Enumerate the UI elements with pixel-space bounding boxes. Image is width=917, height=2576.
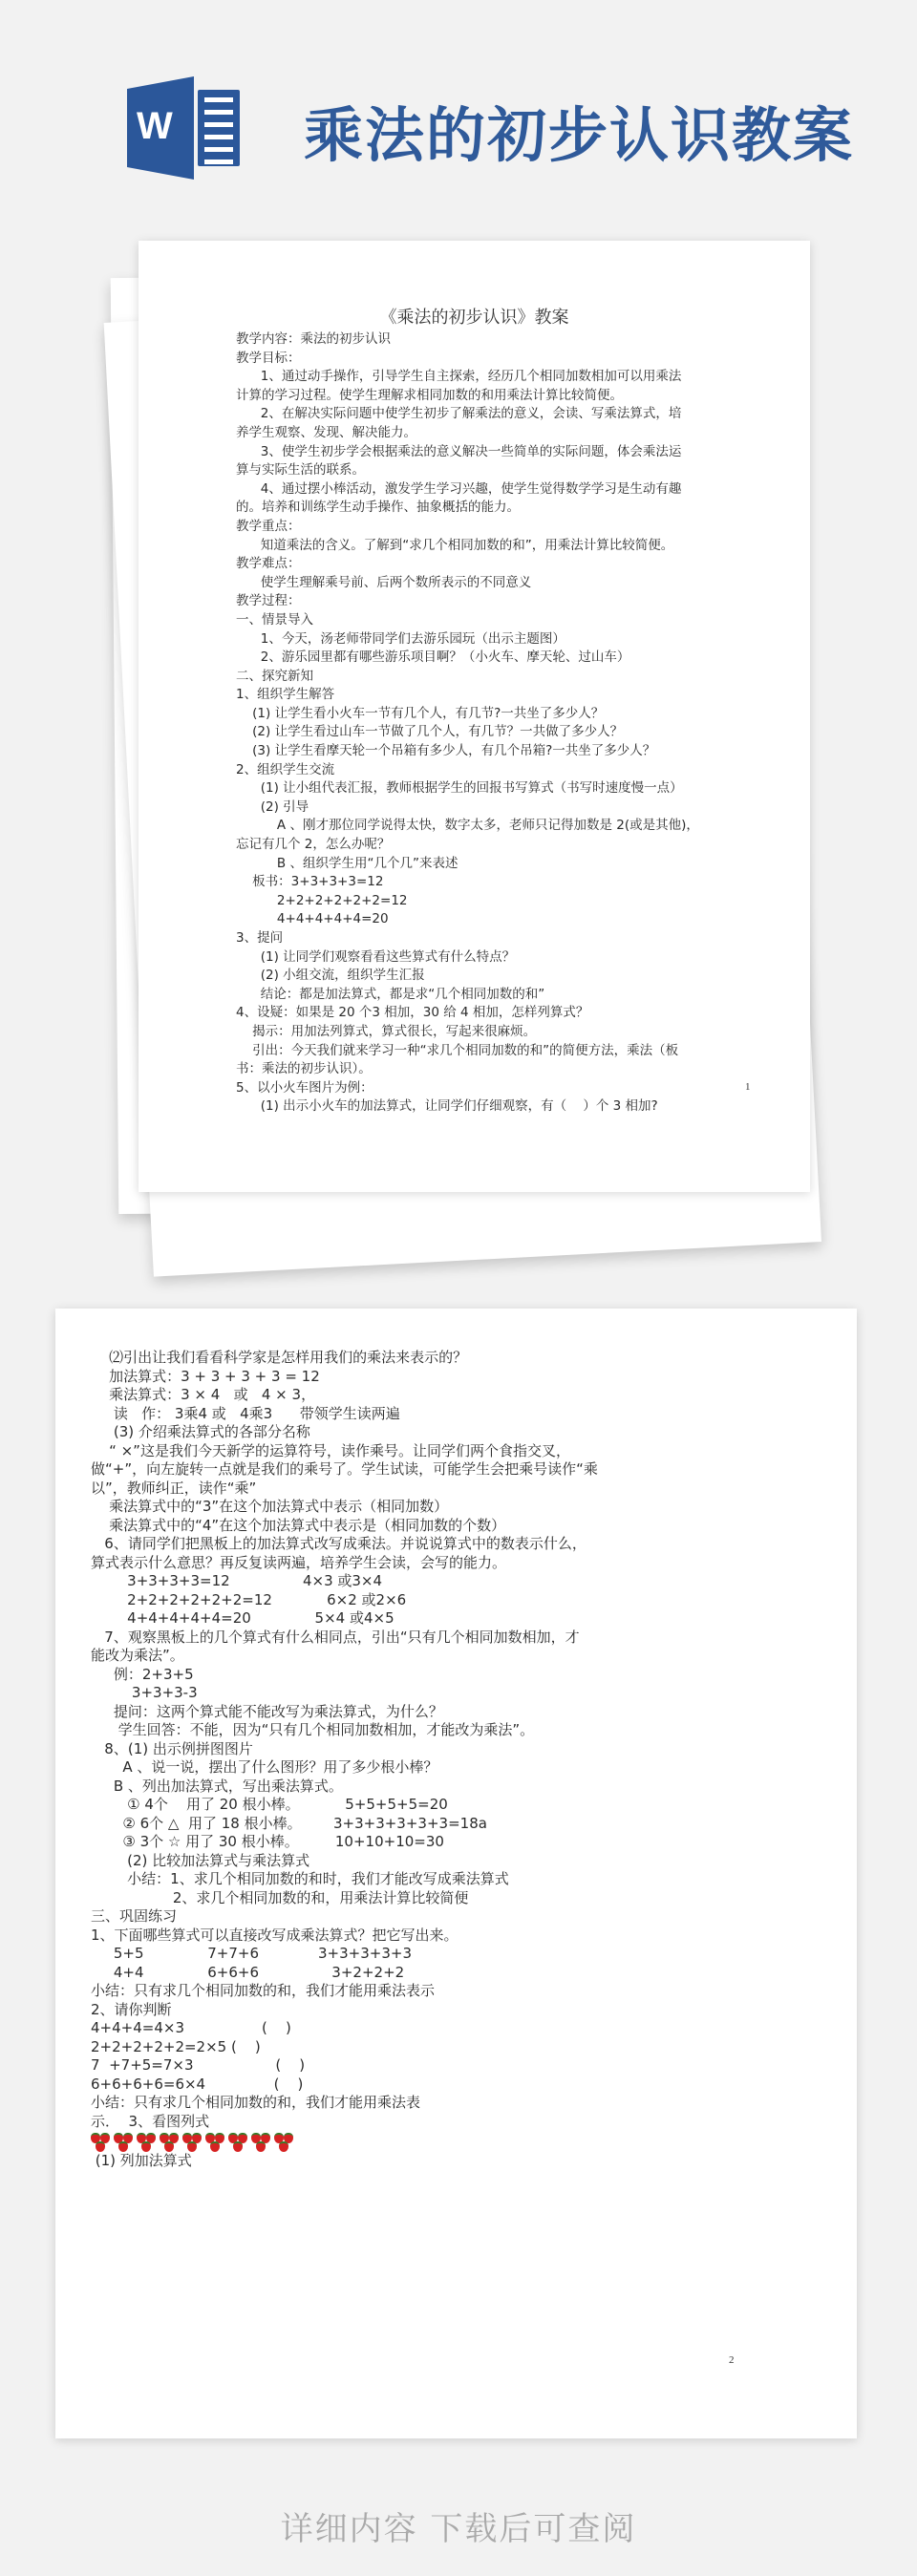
text-line: 教学过程： — [236, 592, 699, 611]
text-line: 小结：1、求几个相同加数的和时，我们才能改写成乘法算式 — [91, 1870, 598, 1889]
text-line: 6+6+6+6=6×4 ( ) — [91, 2076, 598, 2095]
text-line: 提问：这两个算式能不能改写为乘法算式，为什么？ — [91, 1703, 598, 1722]
text-line: B 、组织学生用“几个几”来表述 — [236, 855, 699, 874]
text-line: 1、下面哪些算式可以直接改写成乘法算式？把它写出来。 — [91, 1927, 598, 1946]
strawberry-icon — [182, 2131, 202, 2152]
text-line: 能改为乘法”。 — [91, 1647, 598, 1666]
strawberry-icon — [91, 2131, 110, 2152]
text-line: 4+4+4+4+4=20 5×4 或4×5 — [91, 1609, 598, 1629]
text-line: 2、组织学生交流 — [236, 761, 699, 780]
text-line: 结论：都是加法算式，都是求“几个相同加数的和” — [236, 986, 699, 1005]
text-line: ② 6个 △ 用了 18 根小棒。 3+3+3+3+3+3=18a — [91, 1815, 598, 1834]
text-line: 示． 3、看图列式 — [91, 2113, 598, 2132]
text-line: A 、刚才那位同学说得太快，数字太多，老师只记得加数是 2(或是其他)， — [236, 817, 699, 836]
text-line: (2) 引导 — [236, 798, 699, 818]
word-icon-letter: W — [137, 105, 173, 148]
text-line: ③ 3个 ☆ 用了 30 根小棒。 10+10+10=30 — [91, 1833, 598, 1852]
strawberry-icon — [114, 2131, 133, 2152]
document-page-1: 《乘法的初步认识》教案 教学内容：乘法的初步认识教学目标： 1、通过动手操作，引… — [139, 241, 810, 1192]
page-number: 1 — [745, 1081, 751, 1093]
text-line: 3+3+3+3=12 4×3 或3×4 — [91, 1572, 598, 1591]
text-line: 加法算式：3 + 3 + 3 + 3 = 12 — [91, 1368, 598, 1387]
text-line: (1) 让小组代表汇报，教师根据学生的回报书写算式（书写时速度慢一点） — [236, 779, 699, 798]
text-line: 小结：只有求几个相同加数的和，我们才能用乘法表示 — [91, 1982, 598, 2001]
text-line: 3+3+3-3 — [91, 1684, 598, 1703]
strawberry-icon — [274, 2131, 293, 2152]
text-line: 小结：只有求几个相同加数的和，我们才能用乘法表 — [91, 2094, 598, 2113]
text-line: 6、请同学们把黑板上的加法算式改写成乘法。并说说算式中的数表示什么， — [91, 1535, 598, 1554]
text-line: 使学生理解乘号前、后两个数所表示的不同意义 — [236, 574, 699, 593]
page-2-body: ⑵引出让我们看看科学家是怎样用我们的乘法来表示的？ 加法算式：3 + 3 + 3… — [91, 1349, 598, 2171]
text-line: 4、设疑：如果是 20 个3 相加，30 给 4 相加，怎样列算式？ — [236, 1004, 699, 1023]
text-line: 2、请你判断 — [91, 2001, 598, 2020]
text-line: 4+4 6+6+6 3+2+2+2 — [91, 1964, 598, 1983]
text-line: 乘法算式：3 × 4 或 4 × 3， — [91, 1386, 598, 1405]
document-title: 《乘法的初步认识》教案 — [139, 304, 810, 329]
text-line: (2) 让学生看过山车一节做了几个人，有几节？一共做了多少人？ — [236, 723, 699, 742]
text-line: 算式表示什么意思？再反复读两遍，培养学生会读，会写的能力。 — [91, 1554, 598, 1573]
text-line: 3、使学生初步学会根据乘法的意义解决一些简单的实际问题，体会乘法运 — [236, 443, 699, 462]
text-line: 乘法算式中的“4”在这个加法算式中表示是（相同加数的个数） — [91, 1517, 598, 1536]
text-line: 计算的学习过程。使学生理解求相同加数的和用乘法计算比较简便。 — [236, 387, 699, 406]
text-line: 二、探究新知 — [236, 668, 699, 687]
text-line: ⑵引出让我们看看科学家是怎样用我们的乘法来表示的？ — [91, 1349, 598, 1368]
text-line: 乘法算式中的“3”在这个加法算式中表示（相同加数） — [91, 1498, 598, 1517]
text-line: 2+2+2+2+2=2×5 ( ) — [91, 2038, 598, 2057]
text-line: 5+5 7+7+6 3+3+3+3+3 — [91, 1945, 598, 1964]
text-line: 忘记有几个 2，怎么办呢？ — [236, 836, 699, 855]
text-line: 做“+”，向左旋转一点就是我们的乘号了。学生试读，可能学生会把乘号读作“乘 — [91, 1460, 598, 1480]
text-line: (1) 列加法算式 — [91, 2152, 598, 2171]
text-line: 4、通过摆小棒活动，激发学生学习兴趣，使学生觉得数学学习是生动有趣 — [236, 480, 699, 500]
text-line: (3) 让学生看摩天轮一个吊箱有多少人，有几个吊箱?一共坐了多少人？ — [236, 742, 699, 761]
text-line: 知道乘法的含义。了解到“求几个相同加数的和”，用乘法计算比较简便。 — [236, 537, 699, 556]
text-line: B 、列出加法算式，写出乘法算式。 — [91, 1778, 598, 1797]
text-line: “ ×”这是我们今天新学的运算符号，读作乘号。让同学们两个食指交叉， — [91, 1442, 598, 1461]
text-line: 读 作： 3乘4 或 4乘3 带领学生读两遍 — [91, 1405, 598, 1424]
text-line: 3、提问 — [236, 929, 699, 948]
text-line: 2+2+2+2+2+2=12 — [236, 892, 699, 911]
text-line: 4+4+4+4+4=20 — [236, 910, 699, 929]
text-line: (1) 让同学们观察看看这些算式有什么特点？ — [236, 948, 699, 968]
page-number: 2 — [729, 2354, 735, 2366]
text-line: (1) 出示小火车的加法算式，让同学们仔细观察，有（ ）个 3 相加? — [236, 1097, 699, 1117]
text-line: 教学重点： — [236, 518, 699, 537]
header-banner: W 乘法的初步认识教案 — [0, 0, 917, 220]
text-line: 书：乘法的初步认识）。 — [236, 1060, 699, 1079]
text-line: 8、(1) 出示例拼图图片 — [91, 1740, 598, 1759]
text-line: (3) 介绍乘法算式的各部分名称 — [91, 1423, 598, 1442]
text-line: 养学生观察、发现、解决能力。 — [236, 424, 699, 443]
strawberry-picture-row — [91, 2131, 598, 2152]
text-line: 7、观察黑板上的几个算式有什么相同点，引出“只有几个相同加数相加，才 — [91, 1629, 598, 1648]
strawberry-icon — [160, 2131, 179, 2152]
text-line: 2、游乐园里都有哪些游乐项目啊？（小火车、摩天轮、过山车） — [236, 649, 699, 668]
strawberry-icon — [137, 2131, 156, 2152]
document-page-2: ⑵引出让我们看看科学家是怎样用我们的乘法来表示的？ 加法算式：3 + 3 + 3… — [55, 1309, 857, 2438]
word-document-icon: W — [127, 76, 245, 180]
text-line: 板书：3+3+3+3=12 — [236, 873, 699, 892]
text-line: 4+4+4=4×3 ( ) — [91, 2019, 598, 2038]
text-line: 揭示：用加法列算式，算式很长，写起来很麻烦。 — [236, 1023, 699, 1042]
text-line: 1、通过动手操作，引导学生自主探索，经历几个相同加数相加可以用乘法 — [236, 368, 699, 387]
text-line: 一、情景导入 — [236, 611, 699, 630]
strawberry-icon — [251, 2131, 270, 2152]
text-line: 2+2+2+2+2+2=12 6×2 或2×6 — [91, 1591, 598, 1610]
text-line: ① 4个 用了 20 根小棒。 5+5+5+5=20 — [91, 1796, 598, 1815]
text-line: 以”，教师纠正，读作“乘” — [91, 1480, 598, 1499]
text-line: 例：2+3+5 — [91, 1666, 598, 1685]
download-hint: 详细内容 下载后可查阅 — [0, 2502, 917, 2549]
text-line: 教学难点： — [236, 555, 699, 574]
text-line: 三、巩固练习 — [91, 1907, 598, 1927]
text-line: 2、在解决实际问题中使学生初步了解乘法的意义，会读、写乘法算式，培 — [236, 405, 699, 424]
banner-title: 乘法的初步认识教案 — [304, 88, 854, 173]
text-line: 1、组织学生解答 — [236, 686, 699, 705]
strawberry-icon — [205, 2131, 224, 2152]
text-line: 教学目标： — [236, 350, 699, 369]
text-line: 2、求几个相同加数的和，用乘法计算比较简便 — [91, 1889, 598, 1908]
text-line: (2) 比较加法算式与乘法算式 — [91, 1852, 598, 1871]
text-line: (2) 小组交流，组织学生汇报 — [236, 967, 699, 986]
text-line: 算与实际生活的联系。 — [236, 461, 699, 480]
text-line: 7 +7+5=7×3 ( ) — [91, 2056, 598, 2076]
text-line: A 、说一说，摆出了什么图形？用了多少根小棒？ — [91, 1758, 598, 1778]
text-line: 学生回答：不能，因为“只有几个相同加数相加，才能改为乘法”。 — [91, 1721, 598, 1740]
text-line: 的。培养和训练学生动手操作、抽象概括的能力。 — [236, 499, 699, 518]
text-line: 1、今天，汤老师带同学们去游乐园玩（出示主题图） — [236, 630, 699, 649]
page-1-body: 教学内容：乘法的初步认识教学目标： 1、通过动手操作，引导学生自主探索，经历几个… — [236, 330, 699, 1117]
text-line: 教学内容：乘法的初步认识 — [236, 330, 699, 350]
strawberry-icon — [228, 2131, 247, 2152]
text-line: 引出：今天我们就来学习一种“求几个相同加数的和”的简便方法，乘法（板 — [236, 1042, 699, 1061]
text-line: (1) 让学生看小火车一节有几个人，有几节?一共坐了多少人？ — [236, 705, 699, 724]
text-line: 5、以小火车图片为例： — [236, 1079, 699, 1098]
